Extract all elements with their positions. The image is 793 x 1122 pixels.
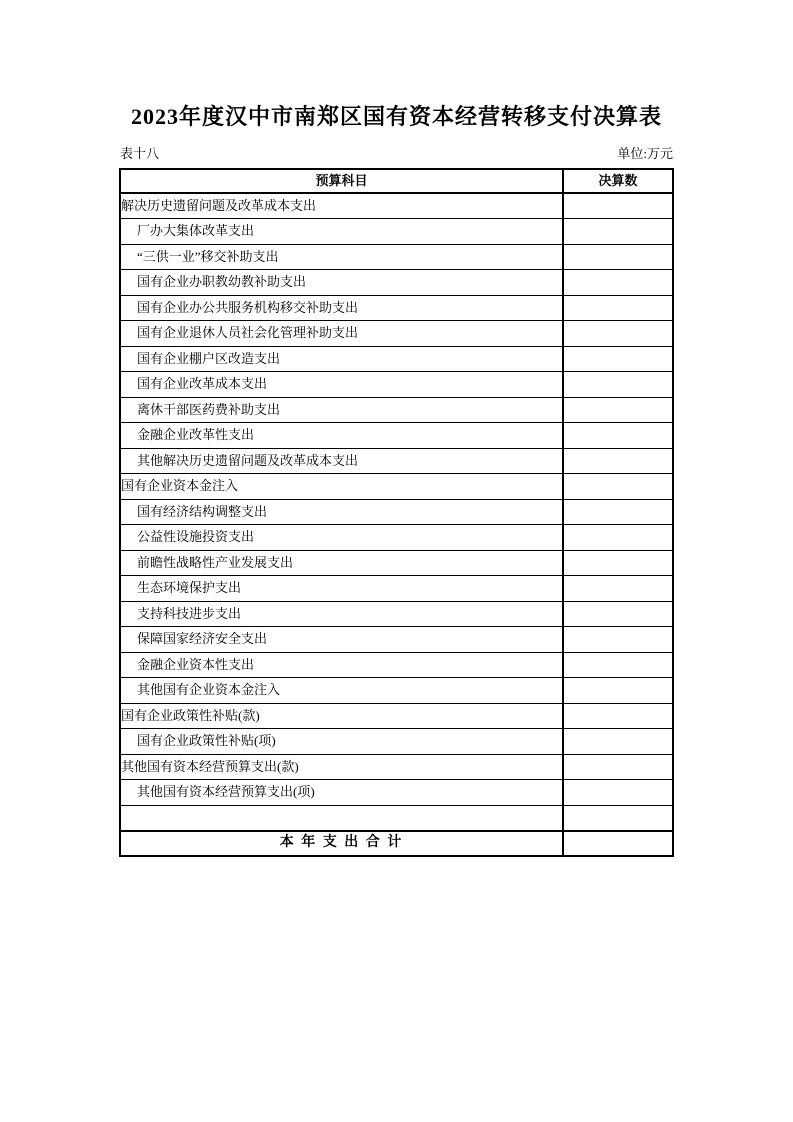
page: 2023年度汉中市南郑区国有资本经营转移支付决算表 表十八 单位:万元 预算科目… <box>0 0 793 1122</box>
row-subject-cell: 国有企业棚户区改造支出 <box>120 346 563 372</box>
table-row: 公益性设施投资支出 <box>120 525 673 551</box>
row-subject-cell: 国有企业办公共服务机构移交补助支出 <box>120 295 563 321</box>
row-subject-cell: 离休干部医药费补助支出 <box>120 397 563 423</box>
page-title: 2023年度汉中市南郑区国有资本经营转移支付决算表 <box>0 0 793 131</box>
row-subject-cell: 国有企业政策性补贴(项) <box>120 729 563 755</box>
row-amount-cell <box>563 397 673 423</box>
table-row: 离休干部医药费补助支出 <box>120 397 673 423</box>
row-subject-cell: 生态环境保护支出 <box>120 576 563 602</box>
row-subject-cell: 解决历史遗留问题及改革成本支出 <box>120 193 563 219</box>
row-amount-cell <box>563 576 673 602</box>
header-row: 预算科目 决算数 <box>120 169 673 193</box>
table-row: 金融企业改革性支出 <box>120 423 673 449</box>
row-amount-cell <box>563 805 673 831</box>
table-row: 其他国有资本经营预算支出(项) <box>120 780 673 806</box>
row-subject-cell: 国有企业办职教幼教补助支出 <box>120 270 563 296</box>
row-subject-cell: 国有企业资本金注入 <box>120 474 563 500</box>
total-row-amount <box>563 831 673 857</box>
row-amount-cell <box>563 474 673 500</box>
table-row: 前瞻性战略性产业发展支出 <box>120 550 673 576</box>
row-amount-cell <box>563 525 673 551</box>
row-amount-cell <box>563 601 673 627</box>
row-subject-cell: 金融企业改革性支出 <box>120 423 563 449</box>
row-subject-cell: 支持科技进步支出 <box>120 601 563 627</box>
row-amount-cell <box>563 423 673 449</box>
table-number-label: 表十八 <box>120 146 159 162</box>
budget-table: 预算科目 决算数 解决历史遗留问题及改革成本支出厂办大集体改革支出“三供一业”移… <box>119 168 674 857</box>
row-amount-cell <box>563 270 673 296</box>
table-row: 国有企业办职教幼教补助支出 <box>120 270 673 296</box>
row-subject-cell: 其他解决历史遗留问题及改革成本支出 <box>120 448 563 474</box>
row-amount-cell <box>563 499 673 525</box>
table-row: 其他国有资本经营预算支出(款) <box>120 754 673 780</box>
table-row: 其他国有企业资本金注入 <box>120 678 673 704</box>
table-row: 国有企业退休人员社会化管理补助支出 <box>120 321 673 347</box>
row-subject-cell <box>120 805 563 831</box>
table-row: 金融企业资本性支出 <box>120 652 673 678</box>
table-row: “三供一业”移交补助支出 <box>120 244 673 270</box>
row-amount-cell <box>563 448 673 474</box>
column-header-amount: 决算数 <box>563 169 673 193</box>
row-subject-cell: “三供一业”移交补助支出 <box>120 244 563 270</box>
row-amount-cell <box>563 780 673 806</box>
row-subject-cell: 国有企业退休人员社会化管理补助支出 <box>120 321 563 347</box>
table-row: 国有企业办公共服务机构移交补助支出 <box>120 295 673 321</box>
row-subject-cell: 保障国家经济安全支出 <box>120 627 563 653</box>
row-amount-cell <box>563 678 673 704</box>
row-subject-cell: 国有企业改革成本支出 <box>120 372 563 398</box>
row-amount-cell <box>563 729 673 755</box>
row-subject-cell: 其他国有资本经营预算支出(项) <box>120 780 563 806</box>
row-amount-cell <box>563 627 673 653</box>
table-row: 其他解决历史遗留问题及改革成本支出 <box>120 448 673 474</box>
row-subject-cell: 前瞻性战略性产业发展支出 <box>120 550 563 576</box>
row-amount-cell <box>563 652 673 678</box>
table-row: 国有企业政策性补贴(项) <box>120 729 673 755</box>
total-row-label: 本 年 支 出 合 计 <box>120 831 563 857</box>
row-amount-cell <box>563 295 673 321</box>
unit-label: 单位:万元 <box>617 146 673 162</box>
table-row: 国有经济结构调整支出 <box>120 499 673 525</box>
total-row: 本 年 支 出 合 计 <box>120 831 673 857</box>
table-row: 支持科技进步支出 <box>120 601 673 627</box>
row-subject-cell: 其他国有企业资本金注入 <box>120 678 563 704</box>
row-amount-cell <box>563 244 673 270</box>
table-row <box>120 805 673 831</box>
table-row: 国有企业资本金注入 <box>120 474 673 500</box>
table-row: 国有企业棚户区改造支出 <box>120 346 673 372</box>
row-amount-cell <box>563 372 673 398</box>
row-subject-cell: 其他国有资本经营预算支出(款) <box>120 754 563 780</box>
column-header-subject: 预算科目 <box>120 169 563 193</box>
row-amount-cell <box>563 754 673 780</box>
table-row: 国有企业改革成本支出 <box>120 372 673 398</box>
table-meta-row: 表十八 单位:万元 <box>120 146 673 162</box>
row-amount-cell <box>563 321 673 347</box>
table-row: 保障国家经济安全支出 <box>120 627 673 653</box>
table-row: 生态环境保护支出 <box>120 576 673 602</box>
table-body: 解决历史遗留问题及改革成本支出厂办大集体改革支出“三供一业”移交补助支出国有企业… <box>120 193 673 831</box>
table-row: 厂办大集体改革支出 <box>120 219 673 245</box>
row-amount-cell <box>563 703 673 729</box>
row-amount-cell <box>563 550 673 576</box>
table-row: 解决历史遗留问题及改革成本支出 <box>120 193 673 219</box>
row-amount-cell <box>563 193 673 219</box>
row-subject-cell: 厂办大集体改革支出 <box>120 219 563 245</box>
row-subject-cell: 公益性设施投资支出 <box>120 525 563 551</box>
row-subject-cell: 金融企业资本性支出 <box>120 652 563 678</box>
row-subject-cell: 国有企业政策性补贴(款) <box>120 703 563 729</box>
row-subject-cell: 国有经济结构调整支出 <box>120 499 563 525</box>
row-amount-cell <box>563 219 673 245</box>
row-amount-cell <box>563 346 673 372</box>
table-row: 国有企业政策性补贴(款) <box>120 703 673 729</box>
